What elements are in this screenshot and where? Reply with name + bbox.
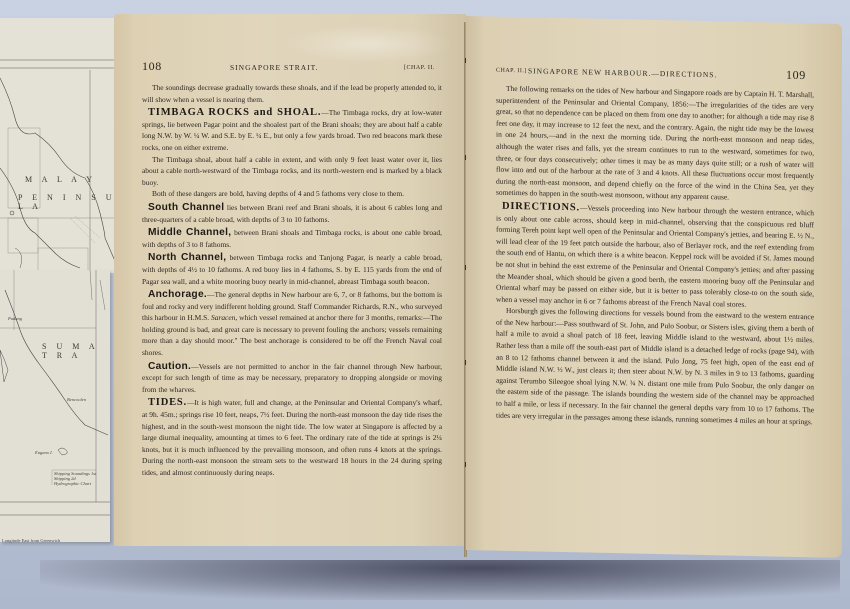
section-middle-channel: Middle Channel, between Brani shoals and… [142, 227, 442, 250]
section-tides: TIDES.—It is high water, full and change… [142, 397, 442, 478]
paragraph: The following remarks on the tides of Ne… [496, 83, 814, 206]
map-label-bencoolen: Bencoolen [67, 397, 86, 402]
map-label-engano: Engano I. [35, 450, 53, 455]
section-heading: DIRECTIONS. [502, 201, 580, 214]
section-heading: Caution. [148, 361, 191, 372]
map-coastline-lower [0, 270, 110, 542]
section-south-channel: South Channel lies between Brani reef an… [142, 202, 442, 225]
book-shadow [40, 560, 840, 600]
paragraph: The Timbaga shoal, about half a cable in… [142, 154, 442, 189]
map-label-peninsula: P E N I N S U L A [18, 193, 118, 211]
section-directions: DIRECTIONS.—Vessels proceeding into New … [496, 201, 814, 312]
map-legend-line-3: Hydrographic Chart [54, 481, 91, 486]
page-108-body: The soundings decrease gradually towards… [142, 82, 442, 479]
section-caution: Caution.—Vessels are not permitted to an… [142, 361, 442, 396]
map-label-malay: M A L A Y [25, 175, 96, 184]
map-label-sumatra: S U M A T R A [42, 342, 110, 360]
map-footer-longitude: Longitude East from Greenwich [2, 538, 60, 543]
page-108: 108 SINGAPORE STRAIT. [CHAP. II. The sou… [114, 14, 466, 546]
section-timbaga: TIMBAGA ROCKS and SHOAL.—The Timbaga roc… [142, 107, 442, 153]
section-heading: South Channel [148, 202, 224, 213]
paragraph: The soundings decrease gradually towards… [142, 82, 442, 105]
running-title: SINGAPORE NEW HARBOUR.—DIRECTIONS. [528, 66, 717, 79]
chapter-reference: [CHAP. II. [404, 65, 435, 71]
map-coastline-upper [0, 18, 118, 273]
foldout-map-upper: M A L A Y P E N I N S U L A [0, 18, 118, 273]
page-number: 109 [786, 68, 806, 83]
page-109-body: The following remarks on the tides of Ne… [496, 83, 814, 428]
section-heading: TIMBAGA ROCKS and SHOAL. [148, 107, 321, 118]
section-heading: TIDES. [148, 397, 187, 408]
map-label-padang: Padang [8, 316, 22, 321]
paragraph: Horsburgh gives the following directions… [496, 305, 814, 428]
section-heading: North Channel, [148, 252, 226, 263]
section-north-channel: North Channel, between Timbaga rocks and… [142, 252, 442, 287]
chapter-reference: CHAP. II.] [496, 68, 527, 75]
section-heading: Anchorage. [148, 289, 207, 300]
section-anchorage: Anchorage.—The general depths in New har… [142, 289, 442, 359]
paragraph: Both of these dangers are bold, having d… [142, 188, 442, 200]
running-title: SINGAPORE STRAIT. [230, 63, 319, 72]
section-heading: Middle Channel, [148, 227, 231, 238]
running-head-left: 108 SINGAPORE STRAIT. [CHAP. II. [114, 62, 466, 76]
page-number: 108 [142, 59, 162, 74]
foldout-map-lower: S U M A T R A Padang Bencoolen Engano I.… [0, 270, 110, 542]
page-109: CHAP. II.] SINGAPORE NEW HARBOUR.—DIRECT… [466, 16, 842, 558]
